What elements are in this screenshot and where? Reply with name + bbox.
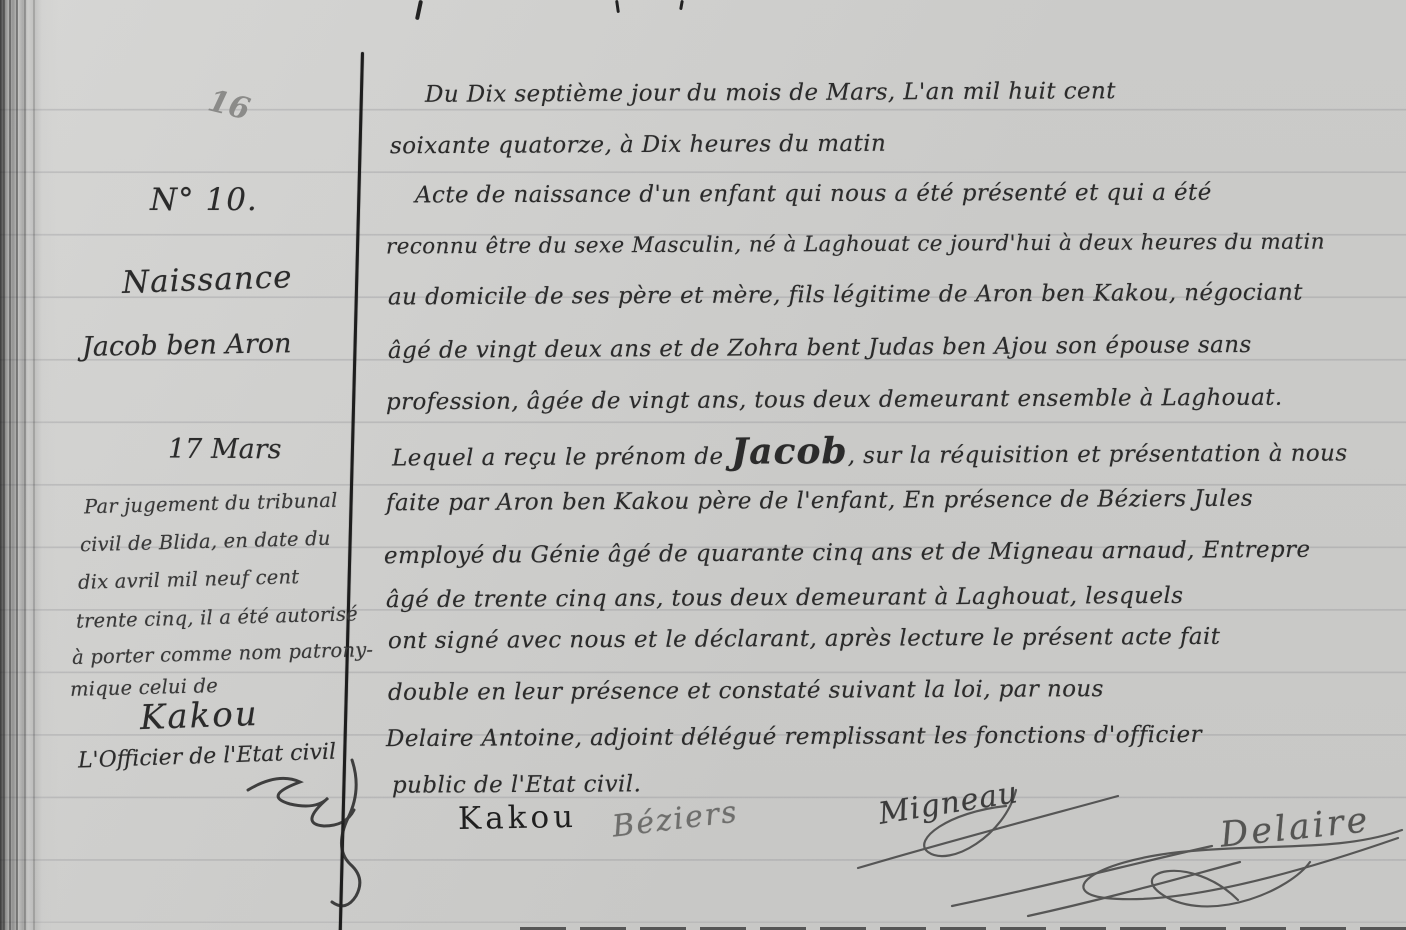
body-line-with-name: Lequel a reçu le prénom de Jacob, sur la… [392, 427, 1348, 474]
binding-streak [24, 0, 26, 930]
binding-streak [9, 0, 11, 930]
binding-streak [33, 0, 35, 930]
marginal-note-name: Kakou [139, 694, 259, 738]
body-line-post: , sur la réquisition et présentation à n… [848, 440, 1348, 469]
book-binding [0, 0, 58, 930]
body-line: âgé de trente cinq ans, tous deux demeur… [386, 583, 1184, 613]
body-line: Delaire Antoine, adjoint délégué remplis… [386, 722, 1202, 752]
body-line: Acte de naissance d'un enfant qui nous a… [415, 180, 1212, 209]
binding-streak [16, 0, 18, 930]
body-line: public de l'Etat civil. [392, 771, 641, 798]
act-type-label: Naissance [121, 259, 293, 301]
child-given-name: Jacob [731, 430, 848, 473]
body-line: double en leur présence et constaté suiv… [388, 676, 1104, 706]
binding-streak [3, 0, 5, 930]
birth-register-scan: 16 N° 10. Naissance Jacob ben Aron 17 Ma… [0, 0, 1406, 930]
body-line: soixante quatorze, à Dix heures du matin [390, 131, 886, 160]
body-line: Du Dix septième jour du mois de Mars, L'… [425, 78, 1116, 108]
act-name-label: Jacob ben Aron [82, 328, 292, 363]
signature-kakou: Kakou [458, 799, 578, 837]
act-date-label: 17 Mars [168, 434, 281, 465]
body-line: au domicile de ses père et mère, fils lé… [388, 280, 1303, 311]
body-line: reconnu être du sexe Masculin, né à Lagh… [386, 230, 1325, 260]
body-line: profession, âgée de vingt ans, tous deux… [386, 385, 1283, 416]
body-line-pre: Lequel a reçu le prénom de [392, 444, 731, 472]
body-line: faite par Aron ben Kakou père de l'enfan… [386, 486, 1253, 517]
body-line: ont signé avec nous et le déclarant, apr… [388, 624, 1221, 654]
act-number: N° 10. [150, 182, 258, 218]
